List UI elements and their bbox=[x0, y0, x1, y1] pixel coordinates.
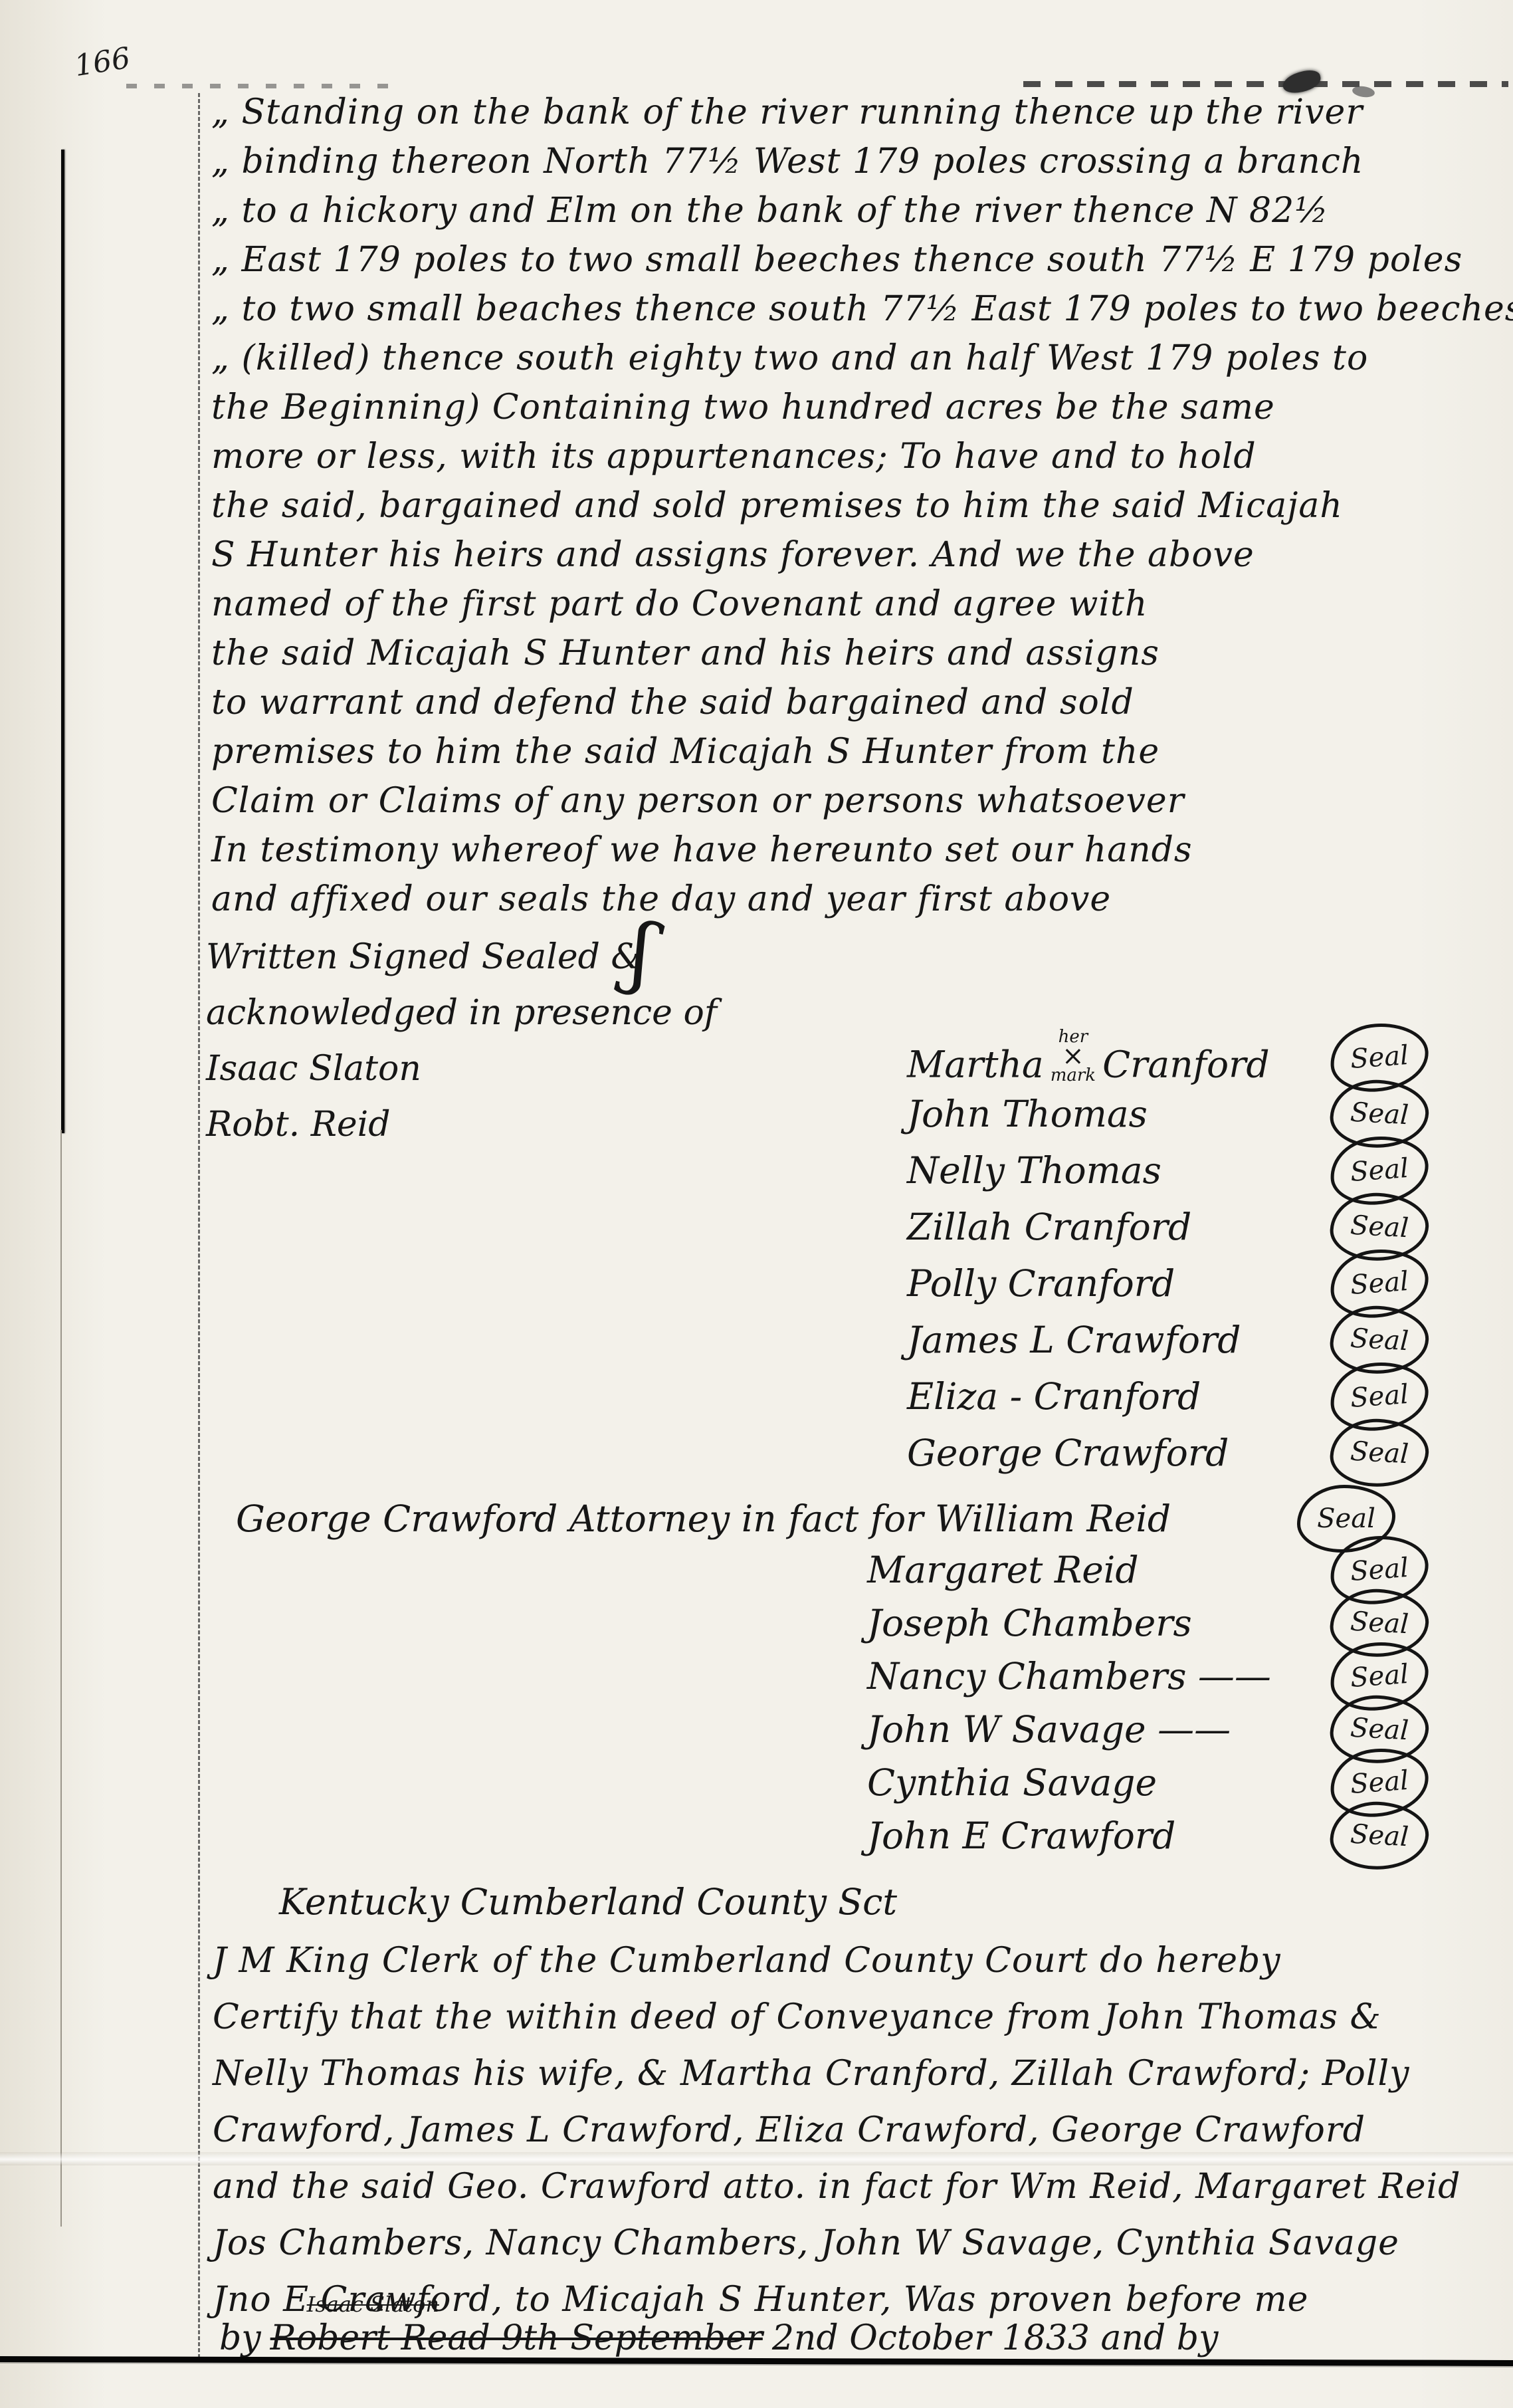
signature-block-upper: Marthaher×markCranford Seal John Thomas … bbox=[907, 1029, 1429, 1481]
signature-name: Nancy Chambers —— bbox=[867, 1655, 1271, 1697]
attestation-line: acknowledged in presence of bbox=[206, 985, 870, 1041]
her-mark-stack: her×mark bbox=[1051, 1029, 1096, 1084]
signature-name: Cynthia Savage bbox=[867, 1761, 1157, 1804]
signature-row: John W Savage —— Seal bbox=[867, 1703, 1429, 1756]
signature-row: Polly Cranford Seal bbox=[907, 1255, 1429, 1311]
deed-text-line: the said, bargained and sold premises to… bbox=[211, 481, 1447, 530]
deed-text-line: S Hunter his heirs and assigns forever. … bbox=[211, 530, 1447, 580]
signature-name: James L Crawford bbox=[907, 1319, 1241, 1361]
signature-name: Joseph Chambers bbox=[867, 1602, 1192, 1644]
certification-line: Crawford, James L Crawford, Eliza Crawfo… bbox=[213, 2102, 1475, 2159]
signature-row: James L Crawford Seal bbox=[907, 1311, 1429, 1368]
amendment-continued: 2nd October 1833 and by bbox=[772, 2318, 1219, 2358]
signature-row: Zillah Cranford Seal bbox=[907, 1198, 1429, 1255]
certification-block: J M King Clerk of the Cumberland County … bbox=[213, 1933, 1475, 2328]
page-edge-marks-right bbox=[1023, 81, 1508, 87]
mark-label: mark bbox=[1051, 1065, 1096, 1085]
deed-text-line: the said Micajah S Hunter and his heirs … bbox=[211, 629, 1447, 678]
signature-name: John E Crawford bbox=[867, 1814, 1175, 1857]
deed-text-line: Claim or Claims of any person or persons… bbox=[211, 776, 1447, 825]
signature-name: Polly Cranford bbox=[907, 1262, 1175, 1305]
attestation-line: Written Signed Sealed & ʃ bbox=[206, 929, 870, 985]
certification-heading: Kentucky Cumberland County Sct bbox=[279, 1881, 897, 1923]
signature-name: John W Savage —— bbox=[867, 1708, 1231, 1751]
deed-text-line: premises to him the said Micajah S Hunte… bbox=[211, 727, 1447, 776]
deed-text-line: „ to two small beaches thence south 77½ … bbox=[211, 284, 1447, 334]
signature-name: Margaret Reid bbox=[867, 1549, 1139, 1591]
witness-name: Isaac Slaton bbox=[206, 1041, 870, 1097]
deed-text-line: more or less, with its appurtenances; To… bbox=[211, 432, 1447, 481]
deed-text-line: to warrant and defend the said bargained… bbox=[211, 678, 1447, 727]
certification-amended-line: byIsaac SlatonRobert Read 9th September2… bbox=[219, 2318, 1218, 2358]
signature-last-name: Cranford bbox=[1102, 1043, 1270, 1085]
signature-row: George Crawford Seal bbox=[907, 1424, 1429, 1481]
certification-line: Jos Chambers, Nancy Chambers, John W Sav… bbox=[213, 2215, 1475, 2272]
seal-badge: Seal bbox=[1328, 1416, 1430, 1489]
certification-line: Certify that the within deed of Conveyan… bbox=[213, 1989, 1475, 2046]
deed-text-line: „ East 179 poles to two small beeches th… bbox=[211, 235, 1447, 284]
page-number: 166 bbox=[72, 41, 133, 84]
signature-row: John Thomas Seal bbox=[907, 1085, 1429, 1142]
deed-text-line: „ Standing on the bank of the river runn… bbox=[211, 88, 1447, 137]
attorney-signature-row: George Crawford Attorney in fact for Wil… bbox=[236, 1489, 1395, 1549]
binding-edge-line-faint bbox=[60, 1130, 62, 2227]
signature-name: John Thomas bbox=[907, 1093, 1148, 1135]
deed-text-line: named of the first part do Covenant and … bbox=[211, 580, 1447, 629]
signature-row: Marthaher×markCranford Seal bbox=[907, 1029, 1429, 1085]
deed-text-line: the Beginning) Containing two hundred ac… bbox=[211, 383, 1447, 432]
certification-line: J M King Clerk of the Cumberland County … bbox=[213, 1933, 1475, 1989]
signature-name-martha: Marthaher×markCranford bbox=[907, 1029, 1270, 1085]
deed-text-line: „ (killed) thence south eighty two and a… bbox=[211, 334, 1447, 383]
attestation-text: Written Signed Sealed & bbox=[206, 937, 642, 977]
deed-text-line: and affixed our seals the day and year f… bbox=[211, 875, 1447, 924]
witness-name: Robt. Reid bbox=[206, 1097, 870, 1152]
deed-body: „ Standing on the bank of the river runn… bbox=[211, 88, 1447, 924]
signature-row: Cynthia Savage Seal bbox=[867, 1756, 1429, 1809]
interlined-struck-name: Isaac Slaton bbox=[307, 2292, 439, 2317]
deed-text-line: „ to a hickory and Elm on the bank of th… bbox=[211, 186, 1447, 235]
signature-first-name: Martha bbox=[907, 1043, 1044, 1085]
margin-rule bbox=[198, 93, 200, 2358]
struck-text: Robert Read 9th September bbox=[270, 2318, 763, 2358]
deed-text-line: In testimony whereof we have hereunto se… bbox=[211, 825, 1447, 875]
attestation-block: Written Signed Sealed & ʃ acknowledged i… bbox=[206, 929, 870, 1152]
signature-row: Margaret Reid Seal bbox=[867, 1543, 1429, 1596]
amendment-stack: Isaac SlatonRobert Read 9th September bbox=[270, 2318, 763, 2358]
binding-edge-line bbox=[61, 150, 64, 1133]
deed-page: 166 „ Standing on the bank of the river … bbox=[0, 0, 1513, 2408]
signature-block-lower: Margaret Reid Seal Joseph Chambers Seal … bbox=[867, 1543, 1429, 1862]
signature-row: Eliza - Cranford Seal bbox=[907, 1368, 1429, 1424]
signature-row: Nelly Thomas Seal bbox=[907, 1142, 1429, 1198]
signature-row: Joseph Chambers Seal bbox=[867, 1596, 1429, 1650]
deed-text-line: „ binding thereon North 77½ West 179 pol… bbox=[211, 137, 1447, 186]
signature-row: Nancy Chambers —— Seal bbox=[867, 1650, 1429, 1703]
signature-name: Eliza - Cranford bbox=[907, 1375, 1201, 1418]
signature-name: Nelly Thomas bbox=[907, 1149, 1161, 1192]
amendment-prefix: by bbox=[219, 2318, 261, 2358]
signature-name: Zillah Cranford bbox=[907, 1206, 1191, 1248]
signature-name: George Crawford bbox=[907, 1432, 1229, 1474]
attorney-signature-text: George Crawford Attorney in fact for Wil… bbox=[236, 1497, 1171, 1540]
certification-line: and the said Geo. Crawford atto. in fact… bbox=[213, 2159, 1475, 2215]
signature-row: John E Crawford Seal bbox=[867, 1809, 1429, 1862]
certification-line: Nelly Thomas his wife, & Martha Cranford… bbox=[213, 2046, 1475, 2102]
bottom-rule bbox=[0, 2356, 1513, 2366]
